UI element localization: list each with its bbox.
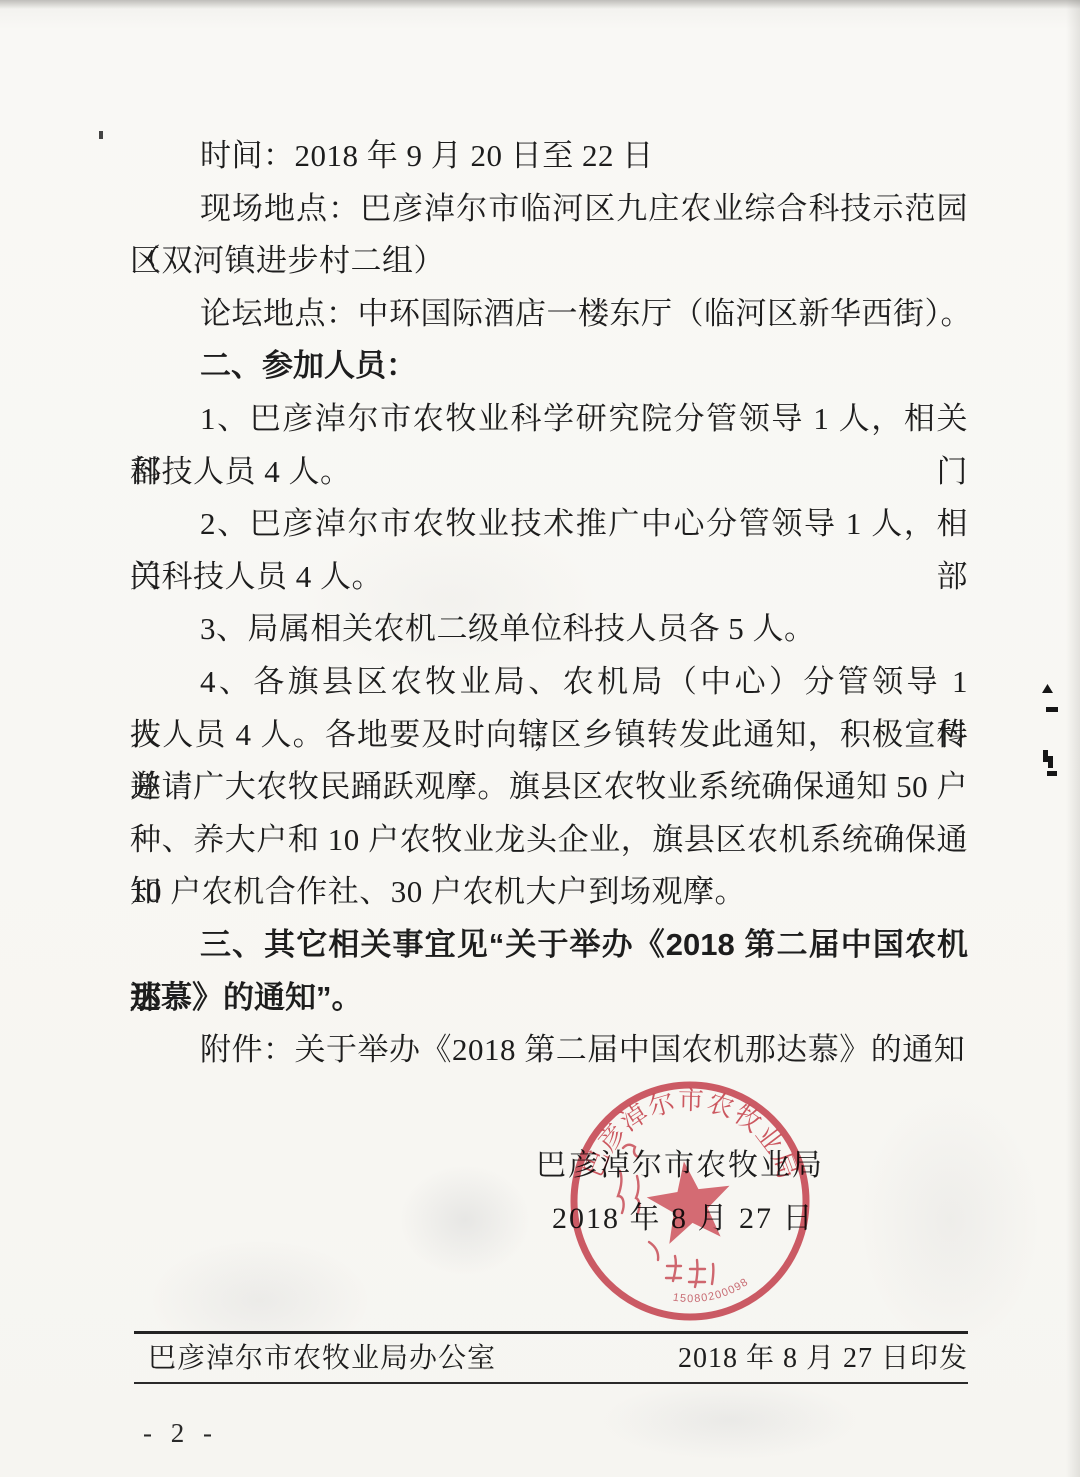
bleed-through-smudge bbox=[400, 1165, 530, 1275]
document-line: 达慕》的通知”。 bbox=[130, 972, 968, 1025]
document-line: 论坛地点：中环国际酒店一楼东厅（临河区新华西街）。 bbox=[130, 288, 968, 341]
seal-star bbox=[642, 1156, 736, 1246]
footer-print-date: 2018 年 8 月 27 日印发 bbox=[678, 1340, 968, 1378]
scan-artifact bbox=[1046, 707, 1058, 712]
document-line: 10 户农机合作社、30 户农机大户到场观摩。 bbox=[130, 866, 968, 919]
document-line: 时间：2018 年 9 月 20 日至 22 日 bbox=[130, 130, 968, 183]
document-line: （双河镇进步村二组） bbox=[130, 235, 968, 288]
scan-artifact bbox=[99, 131, 103, 139]
document-line: 附件：关于举办《2018 第二届中国农机那达慕》的通知 bbox=[130, 1024, 968, 1077]
scan-artifact bbox=[1043, 750, 1048, 762]
document-line: 种、养大户和 10 户农牧业龙头企业，旗县区农机系统确保通知 bbox=[130, 814, 968, 867]
document-line: 邀请广大农牧民踊跃观摩。旗县区农牧业系统确保通知 50 户 bbox=[130, 761, 968, 814]
document-line: 技人员 4 人。各地要及时向辖区乡镇转发此通知，积极宣传并 bbox=[130, 709, 968, 762]
document-page: 时间：2018 年 9 月 20 日至 22 日现场地点：巴彦淖尔市临河区九庄农… bbox=[0, 0, 1080, 1477]
seal-arc-label: 巴彦淖尔市农牧业局 bbox=[578, 1086, 802, 1184]
bleed-through-smudge bbox=[600, 1380, 860, 1460]
document-line: 二、参加人员： bbox=[130, 340, 968, 393]
document-body: 时间：2018 年 9 月 20 日至 22 日现场地点：巴彦淖尔市临河区九庄农… bbox=[130, 130, 968, 1077]
official-seal: 巴彦淖尔市农牧业局 15080200098 bbox=[565, 1076, 815, 1326]
document-line: 1、巴彦淖尔市农牧业科学研究院分管领导 1 人，相关部门 bbox=[130, 393, 968, 446]
scan-artifact bbox=[1047, 771, 1057, 776]
scan-artifact bbox=[1042, 684, 1053, 693]
document-line: 现场地点：巴彦淖尔市临河区九庄农业综合科技示范园区 bbox=[130, 183, 968, 236]
footer: 巴彦淖尔市农牧业局办公室 2018 年 8 月 27 日印发 bbox=[148, 1340, 968, 1378]
footer-rule-bottom bbox=[134, 1382, 968, 1384]
page-number: - 2 - bbox=[143, 1418, 218, 1449]
bleed-through-smudge bbox=[860, 1090, 1040, 1350]
scan-edge-band bbox=[0, 0, 1080, 9]
document-line: 4、各旗县区农牧业局、农机局（中心）分管领导 1 人，科 bbox=[130, 656, 968, 709]
footer-office: 巴彦淖尔市农牧业局办公室 bbox=[148, 1340, 496, 1378]
scan-edge-shade bbox=[1066, 0, 1080, 1477]
document-line: 3、局属相关农机二级单位科技人员各 5 人。 bbox=[130, 603, 968, 656]
footer-rule-top bbox=[134, 1331, 968, 1334]
document-line: 2、巴彦淖尔市农牧业技术推广中心分管领导 1 人，相关部 bbox=[130, 498, 968, 551]
document-line: 三、其它相关事宜见“关于举办《2018 第二届中国农机那 bbox=[130, 919, 968, 972]
